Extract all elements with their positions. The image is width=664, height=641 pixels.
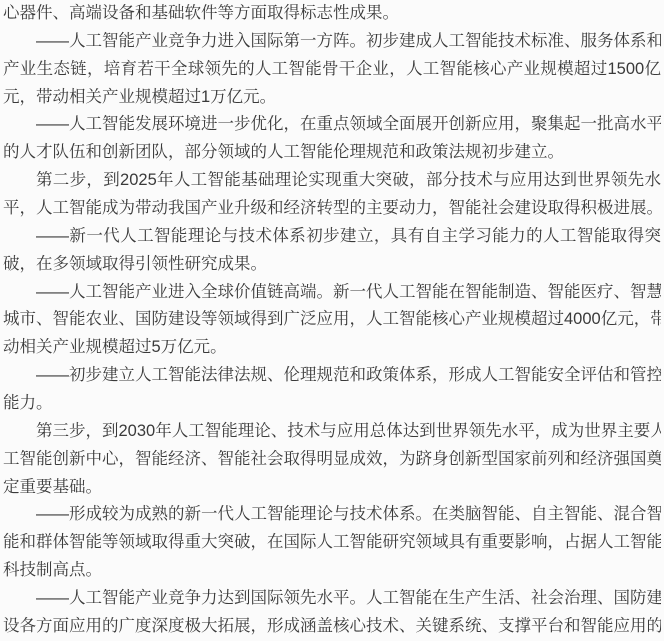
text-line: 破，在多领域取得引领性研究成果。 [3,251,661,279]
text-line: ——新一代人工智能理论与技术体系初步建立，具有自主学习能力的人工智能取得突 [3,223,661,251]
text-line: 设各方面应用的广度深度极大拓展，形成涵盖核心技术、关键系统、支撑平台和智能应用的 [3,613,661,641]
text-line: ——形成较为成熟的新一代人工智能理论与技术体系。在类脑智能、自主智能、混合智 [3,501,661,529]
text-line: 产业生态链，培育若干全球领先的人工智能骨干企业，人工智能核心产业规模超过1500… [3,56,661,84]
text-line: 第三步，到2030年人工智能理论、技术与应用总体达到世界领先水平，成为世界主要人 [3,418,661,446]
paragraph: ——人工智能产业竞争力达到国际领先水平。人工智能在生产生活、社会治理、国防建设各… [3,585,661,641]
text-line: 第二步，到2025年人工智能基础理论实现重大突破，部分技术与应用达到世界领先水 [3,167,661,195]
text-line: 心器件、高端设备和基础软件等方面取得标志性成果。 [3,0,661,28]
document-page: 心器件、高端设备和基础软件等方面取得标志性成果。——人工智能产业竞争力进入国际第… [0,0,664,641]
paragraph: ——形成较为成熟的新一代人工智能理论与技术体系。在类脑智能、自主智能、混合智能和… [3,501,661,585]
text-line: ——人工智能产业竞争力进入国际第一方阵。初步建成人工智能技术标准、服务体系和 [3,28,661,56]
paragraph: ——人工智能产业进入全球价值链高端。新一代人工智能在智能制造、智能医疗、智慧城市… [3,279,661,363]
paragraph: 心器件、高端设备和基础软件等方面取得标志性成果。 [3,0,661,28]
paragraph: 第二步，到2025年人工智能基础理论实现重大突破，部分技术与应用达到世界领先水平… [3,167,661,223]
text-line: ——人工智能产业进入全球价值链高端。新一代人工智能在智能制造、智能医疗、智慧 [3,279,661,307]
document-body: 心器件、高端设备和基础软件等方面取得标志性成果。——人工智能产业竞争力进入国际第… [3,0,661,641]
paragraph: 第三步，到2030年人工智能理论、技术与应用总体达到世界领先水平，成为世界主要人… [3,418,661,502]
text-line: ——初步建立人工智能法律法规、伦理规范和政策体系，形成人工智能安全评估和管控 [3,362,661,390]
text-line: 科技制高点。 [3,557,661,585]
text-line: 动相关产业规模超过5万亿元。 [3,334,661,362]
paragraph: ——新一代人工智能理论与技术体系初步建立，具有自主学习能力的人工智能取得突破，在… [3,223,661,279]
text-line: ——人工智能发展环境进一步优化，在重点领域全面展开创新应用，聚集起一批高水平 [3,111,661,139]
text-line: 元，带动相关产业规模超过1万亿元。 [3,84,661,112]
text-line: 定重要基础。 [3,474,661,502]
text-line: 能和群体智能等领域取得重大突破，在国际人工智能研究领域具有重要影响，占据人工智能 [3,529,661,557]
paragraph: ——人工智能发展环境进一步优化，在重点领域全面展开创新应用，聚集起一批高水平的人… [3,111,661,167]
text-line: 平，人工智能成为带动我国产业升级和经济转型的主要动力，智能社会建设取得积极进展。 [3,195,661,223]
paragraph: ——人工智能产业竞争力进入国际第一方阵。初步建成人工智能技术标准、服务体系和产业… [3,28,661,112]
text-line: ——人工智能产业竞争力达到国际领先水平。人工智能在生产生活、社会治理、国防建 [3,585,661,613]
text-line: 的人才队伍和创新团队，部分领域的人工智能伦理规范和政策法规初步建立。 [3,139,661,167]
paragraph: ——初步建立人工智能法律法规、伦理规范和政策体系，形成人工智能安全评估和管控能力… [3,362,661,418]
text-line: 城市、智能农业、国防建设等领域得到广泛应用，人工智能核心产业规模超过4000亿元… [3,306,661,334]
text-line: 工智能创新中心，智能经济、智能社会取得明显成效，为跻身创新型国家前列和经济强国奠 [3,446,661,474]
text-line: 能力。 [3,390,661,418]
